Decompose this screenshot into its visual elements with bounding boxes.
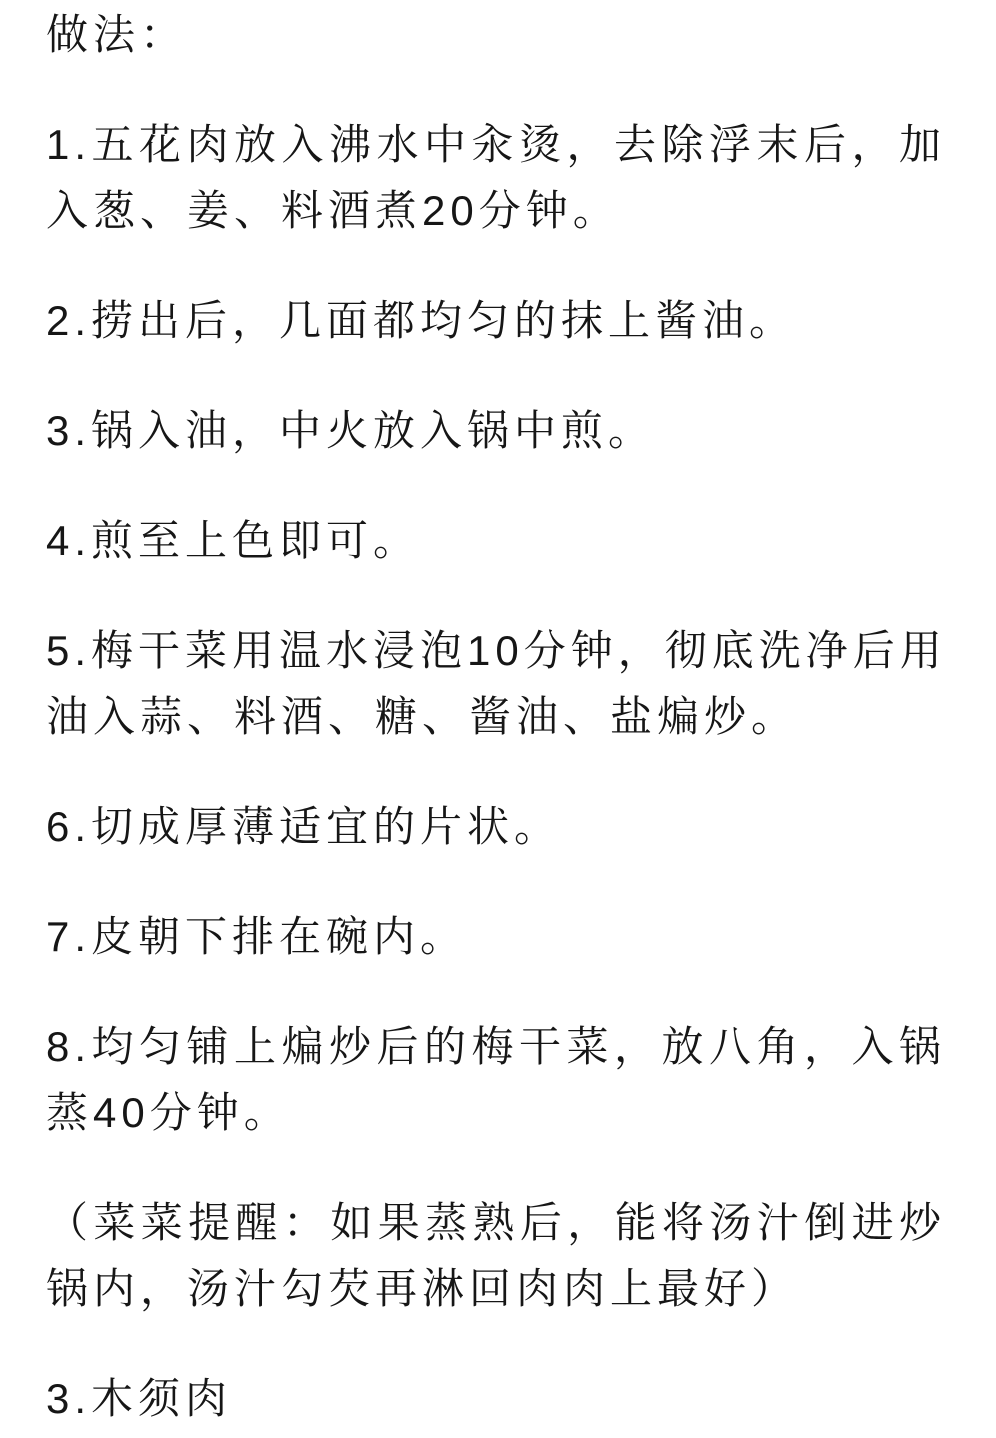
recipe-note: （菜菜提醒：如果蒸熟后，能将汤汁倒进炒 锅内，汤汁勾芡再淋回肉肉上最好） <box>46 1190 946 1322</box>
step-line: 3.锅入油，中火放入锅中煎。 <box>46 398 946 464</box>
recipe-step-5: 5.梅干菜用温水浸泡10分钟，彻底洗净后用 油入蒜、料酒、糖、酱油、盐煸炒。 <box>46 618 946 750</box>
step-line: 油入蒜、料酒、糖、酱油、盐煸炒。 <box>46 684 946 750</box>
step-line: 5.梅干菜用温水浸泡10分钟，彻底洗净后用 <box>46 618 946 684</box>
step-line: 1.五花肉放入沸水中汆烫，去除浮末后，加 <box>46 112 946 178</box>
recipe-step-3: 3.锅入油，中火放入锅中煎。 <box>46 398 946 464</box>
note-line: （菜菜提醒：如果蒸熟后，能将汤汁倒进炒 <box>46 1190 946 1256</box>
step-line: 2.捞出后，几面都均匀的抹上酱油。 <box>46 288 946 354</box>
recipe-step-6: 6.切成厚薄适宜的片状。 <box>46 794 946 860</box>
step-line: 入葱、姜、料酒煮20分钟。 <box>46 178 946 244</box>
section-title-text: 做法： <box>46 2 946 68</box>
note-line: 锅内，汤汁勾芡再淋回肉肉上最好） <box>46 1256 946 1322</box>
step-line: 8.均匀铺上煸炒后的梅干菜，放八角，入锅 <box>46 1014 946 1080</box>
step-line: 4.煎至上色即可。 <box>46 508 946 574</box>
step-line: 6.切成厚薄适宜的片状。 <box>46 794 946 860</box>
recipe-step-2: 2.捞出后，几面都均匀的抹上酱油。 <box>46 288 946 354</box>
step-line: 7.皮朝下排在碗内。 <box>46 904 946 970</box>
recipe-step-4: 4.煎至上色即可。 <box>46 508 946 574</box>
section-title: 做法： <box>46 2 946 68</box>
recipe-article: 做法： 1.五花肉放入沸水中汆烫，去除浮末后，加 入葱、姜、料酒煮20分钟。 2… <box>46 2 946 1432</box>
next-section-title: 3.木须肉 <box>46 1366 946 1432</box>
next-section-title-text: 3.木须肉 <box>46 1366 946 1432</box>
recipe-step-1: 1.五花肉放入沸水中汆烫，去除浮末后，加 入葱、姜、料酒煮20分钟。 <box>46 112 946 244</box>
step-line: 蒸40分钟。 <box>46 1080 946 1146</box>
recipe-step-7: 7.皮朝下排在碗内。 <box>46 904 946 970</box>
recipe-step-8: 8.均匀铺上煸炒后的梅干菜，放八角，入锅 蒸40分钟。 <box>46 1014 946 1146</box>
